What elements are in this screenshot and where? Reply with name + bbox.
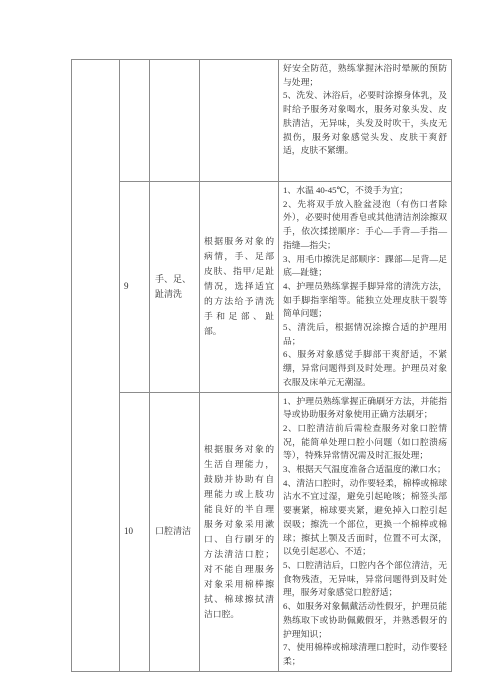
merged-category-cell (72, 60, 120, 672)
criteria-cell: 根据服务对象的病情，手、足部皮肤、指甲/足趾情况，选择适宜的方法给予清洗手和足部… (200, 182, 279, 393)
item-name-cell (150, 60, 200, 182)
care-standards-table: 好安全防范，熟练掌握沐浴时晕厥的预防与处理；5、洗发、沐浴后，必要时涂擦身体乳，… (71, 59, 452, 672)
details-cell: 好安全防范，熟练掌握沐浴时晕厥的预防与处理；5、洗发、沐浴后，必要时涂擦身体乳，… (279, 60, 452, 182)
item-name-cell: 口腔清洁 (150, 392, 200, 671)
details-cell: 1、水温 40-45℃，不烫手为宜；2、先将双手放入脸盆浸泡（有伤口者除外），必… (279, 182, 452, 393)
table-row-10: 10 口腔清洁 根据服务对象的生活自理能力，鼓励并协助有自理能力或上肢功能良好的… (72, 392, 452, 671)
row-number-cell: 9 (120, 182, 150, 393)
document-page: 好安全防范，熟练掌握沐浴时晕厥的预防与处理；5、洗发、沐浴后，必要时涂擦身体乳，… (0, 0, 495, 700)
row-number-cell (120, 60, 150, 182)
row-number-cell: 10 (120, 392, 150, 671)
details-cell: 1、护理员熟练掌握正确刷牙方法，并能指导或协助服务对象使用正确方法刷牙；2、口腔… (279, 392, 452, 671)
criteria-cell (200, 60, 279, 182)
table-row-continuation: 好安全防范，熟练掌握沐浴时晕厥的预防与处理；5、洗发、沐浴后，必要时涂擦身体乳，… (72, 60, 452, 182)
item-name-cell: 手、足、趾清洗 (150, 182, 200, 393)
table-row-9: 9 手、足、趾清洗 根据服务对象的病情，手、足部皮肤、指甲/足趾情况，选择适宜的… (72, 182, 452, 393)
criteria-cell: 根据服务对象的生活自理能力，鼓励并协助有自理能力或上肢功能良好的半自理服务对象采… (200, 392, 279, 671)
